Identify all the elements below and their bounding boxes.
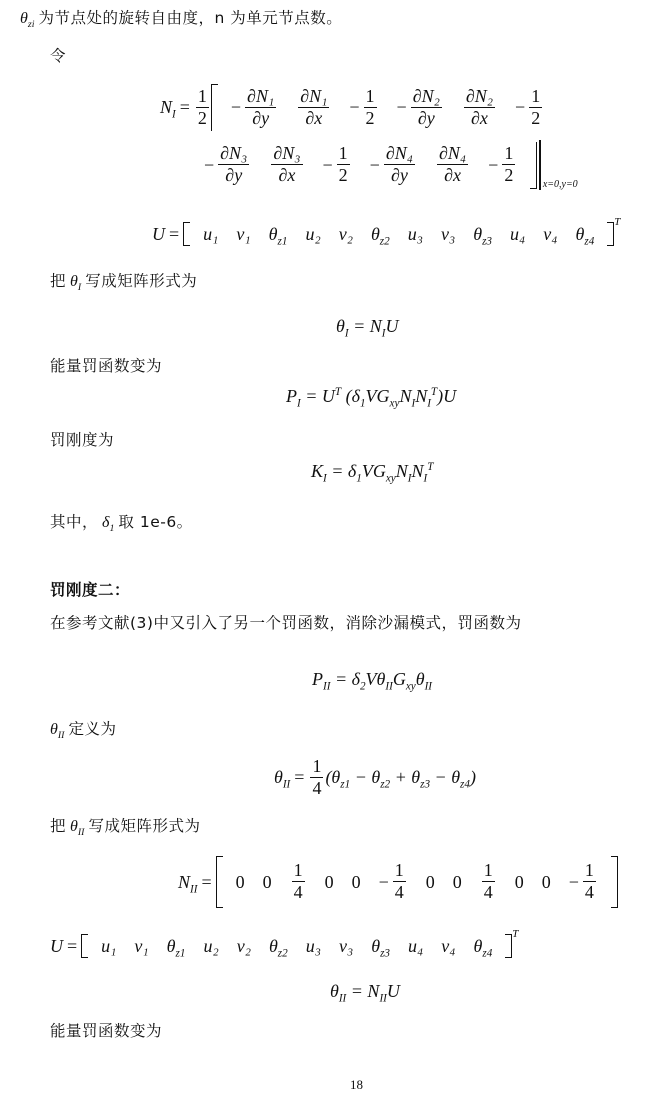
matrix-entry: 14 (290, 860, 307, 903)
matrix-entry: ∂N₄∂x (435, 143, 470, 186)
text-theta-II-matrix: 把 θII 写成矩阵形式为 (50, 814, 201, 836)
matrix-entry: −∂N₁∂y (231, 86, 278, 129)
text-theta-I-matrix: 把 θI 写成矩阵形式为 (50, 269, 197, 291)
theta-zi-symbol: θzi (20, 10, 34, 27)
equation-U-2: U= u₁v₁θz1u₂v₂θz2u₃v₃θz3u₄v₄θz4 T (50, 934, 518, 958)
vector-entry: u₃ (408, 224, 423, 245)
vector-entry: v₁ (236, 224, 250, 245)
vector-entry: θz2 (371, 224, 390, 245)
equation-U: U= u₁v₁θz1u₂v₂θz2u₃v₃θz3u₄v₄θz4 T (152, 222, 620, 246)
vector-entry: v₃ (441, 224, 455, 245)
vector-entry: θz4 (474, 936, 493, 957)
vector-entry: u₁ (203, 224, 218, 245)
NI-lhs: NI (160, 97, 176, 118)
matrix-entry: 0 (263, 872, 272, 893)
vector-entry: θz1 (167, 936, 186, 957)
matrix-entry: −14 (569, 860, 598, 903)
matrix-entry: 0 (325, 872, 334, 893)
vector-entry: θz2 (269, 936, 288, 957)
equation-KI: KI = δ1VGxyNINIT (311, 461, 433, 482)
vector-entry: θz3 (371, 936, 390, 957)
matrix-entry: 0 (453, 872, 462, 893)
text-energy-1: 能量罚函数变为 (50, 354, 162, 376)
vector-entry: θz3 (473, 224, 492, 245)
vector-entry: u₂ (203, 936, 218, 957)
matrix-entry: −14 (379, 860, 408, 903)
vector-entry: u₂ (305, 224, 320, 245)
matrix-entry: −∂N₂∂y (397, 86, 444, 129)
matrix-entry: ∂N₁∂x (296, 86, 331, 129)
coef-half: 12 (196, 86, 209, 129)
matrix-entry: 0 (515, 872, 524, 893)
text-theta-II-def: θII 定义为 (50, 717, 116, 739)
paragraph-penalty-2: 在参考文献(3)中又引入了另一个罚函数，消除沙漏模式，罚函数为 (50, 611, 521, 633)
vector-entry: θz1 (269, 224, 288, 245)
vector-entry: u₁ (101, 936, 116, 957)
matrix-entry: 0 (542, 872, 551, 893)
equation-theta-II-NU: θII = NIIU (330, 981, 400, 1002)
let-label: 令 (50, 44, 66, 66)
vector-entry: θz4 (576, 224, 595, 245)
vector-entry: v₂ (339, 224, 353, 245)
vector-entry: v₄ (441, 936, 455, 957)
equation-theta-II: θII= 14 (θz1 − θz2 + θz3 − θz4) (274, 756, 476, 799)
eval-point: x=0,y=0 (543, 179, 578, 190)
text-stiffness: 罚刚度为 (50, 428, 114, 450)
matrix-entry: −∂N₃∂y (204, 143, 251, 186)
equation-PI: PI = UT (δ1VGxyNINIT)U (286, 386, 456, 407)
equation-NII: NII= 001400−14001400−14 (178, 856, 618, 908)
matrix-entry: ∂N₃∂x (269, 143, 304, 186)
vector-entry: u₃ (306, 936, 321, 957)
matrix-entry: −12 (515, 86, 544, 129)
matrix-entry: −12 (323, 143, 352, 186)
matrix-entry: ∂N₂∂x (462, 86, 497, 129)
matrix-entry: −12 (488, 143, 517, 186)
vector-entry: v₁ (134, 936, 148, 957)
equation-NI-row2: −∂N₃∂y∂N₃∂x−12−∂N₄∂y∂N₄∂x−12 x=0,y=0 (195, 140, 578, 190)
matrix-entry: −∂N₄∂y (370, 143, 417, 186)
equation-theta-I: θI = NIU (336, 316, 398, 337)
intro-text: 为节点处的旋转自由度，n 为单元节点数。 (38, 9, 342, 27)
vector-entry: v₂ (237, 936, 251, 957)
section-heading-penalty-2: 罚刚度二： (50, 578, 130, 600)
matrix-entry: 0 (236, 872, 245, 893)
text-delta: 其中， δ1 取 1e-6。 (50, 510, 193, 532)
text-energy-2: 能量罚函数变为 (50, 1019, 162, 1041)
equation-PII: PII = δ2VθIIGxyθII (312, 669, 432, 690)
matrix-entry: 0 (352, 872, 361, 893)
vector-entry: u₄ (408, 936, 423, 957)
equation-NI-row1: NI = 12 −∂N₁∂y∂N₁∂x−12−∂N₂∂y∂N₂∂x−12 (160, 84, 553, 131)
matrix-entry: 14 (480, 860, 497, 903)
intro-line: θzi 为节点处的旋转自由度，n 为单元节点数。 (20, 6, 342, 28)
matrix-entry: −12 (349, 86, 378, 129)
vector-entry: v₃ (339, 936, 353, 957)
vector-entry: u₄ (510, 224, 525, 245)
vector-entry: v₄ (543, 224, 557, 245)
matrix-entry: 0 (426, 872, 435, 893)
page-number: 18 (350, 1077, 363, 1093)
